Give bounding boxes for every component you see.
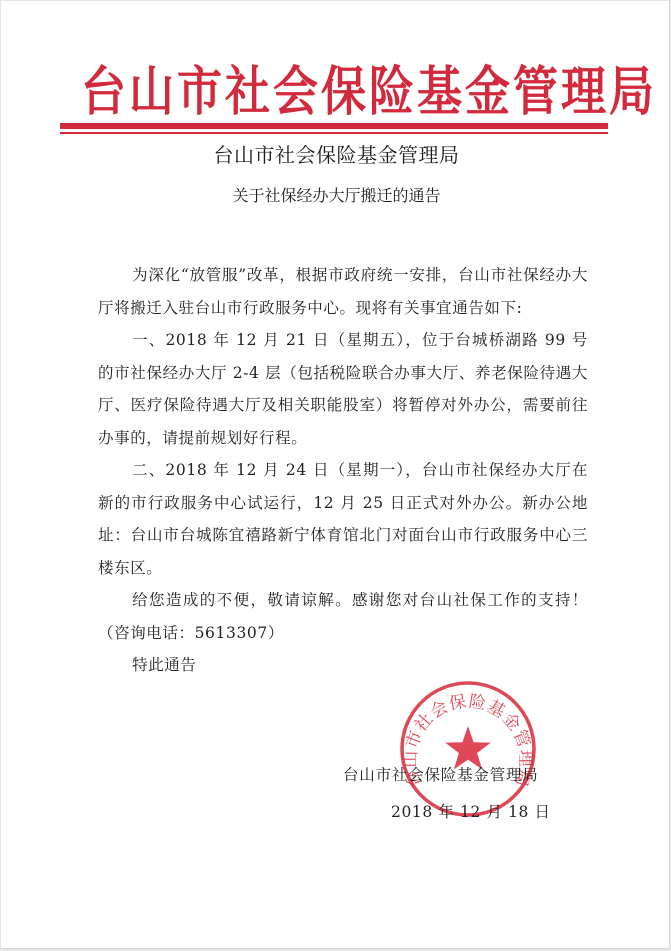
paragraph-intro: 为深化“放管服”改革，根据市政府统一安排，台山市社保经办大厅将搬迁入驻台山市行政… [98, 259, 588, 324]
masthead-rule-thick [60, 123, 608, 129]
paragraph-sign-off: 特此通告 [98, 649, 588, 682]
signature-org: 台山市社会保险基金管理局 [343, 763, 539, 785]
paragraph-item-1: 一、2018 年 12 月 21 日（星期五），位于台城桥湖路 99 号的市社保… [98, 324, 588, 454]
masthead-rule-thin [60, 132, 608, 134]
notice-title: 关于社保经办大厅搬迁的通告 [1, 183, 671, 209]
paragraph-item-2: 二、2018 年 12 月 24 日（星期一），台山市社保经办大厅在新的市行政服… [98, 454, 588, 584]
notice-body: 为深化“放管服”改革，根据市政府统一安排，台山市社保经办大厅将搬迁入驻台山市行政… [98, 259, 588, 682]
masthead-title: 台山市社会保险基金管理局 [81, 59, 591, 125]
org-title: 台山市社会保险基金管理局 [1, 141, 671, 169]
signature-date: 2018 年 12 月 18 日 [391, 800, 551, 822]
document-page: 台山市社会保险基金管理局 台山市社会保险基金管理局 关于社保经办大厅搬迁的通告 … [1, 1, 670, 949]
paragraph-closing: 给您造成的不便，敬请谅解。感谢您对台山社保工作的支持！（咨询电话：5613307… [98, 584, 588, 649]
official-seal: 台山市社会保险基金管理局 [398, 679, 538, 819]
